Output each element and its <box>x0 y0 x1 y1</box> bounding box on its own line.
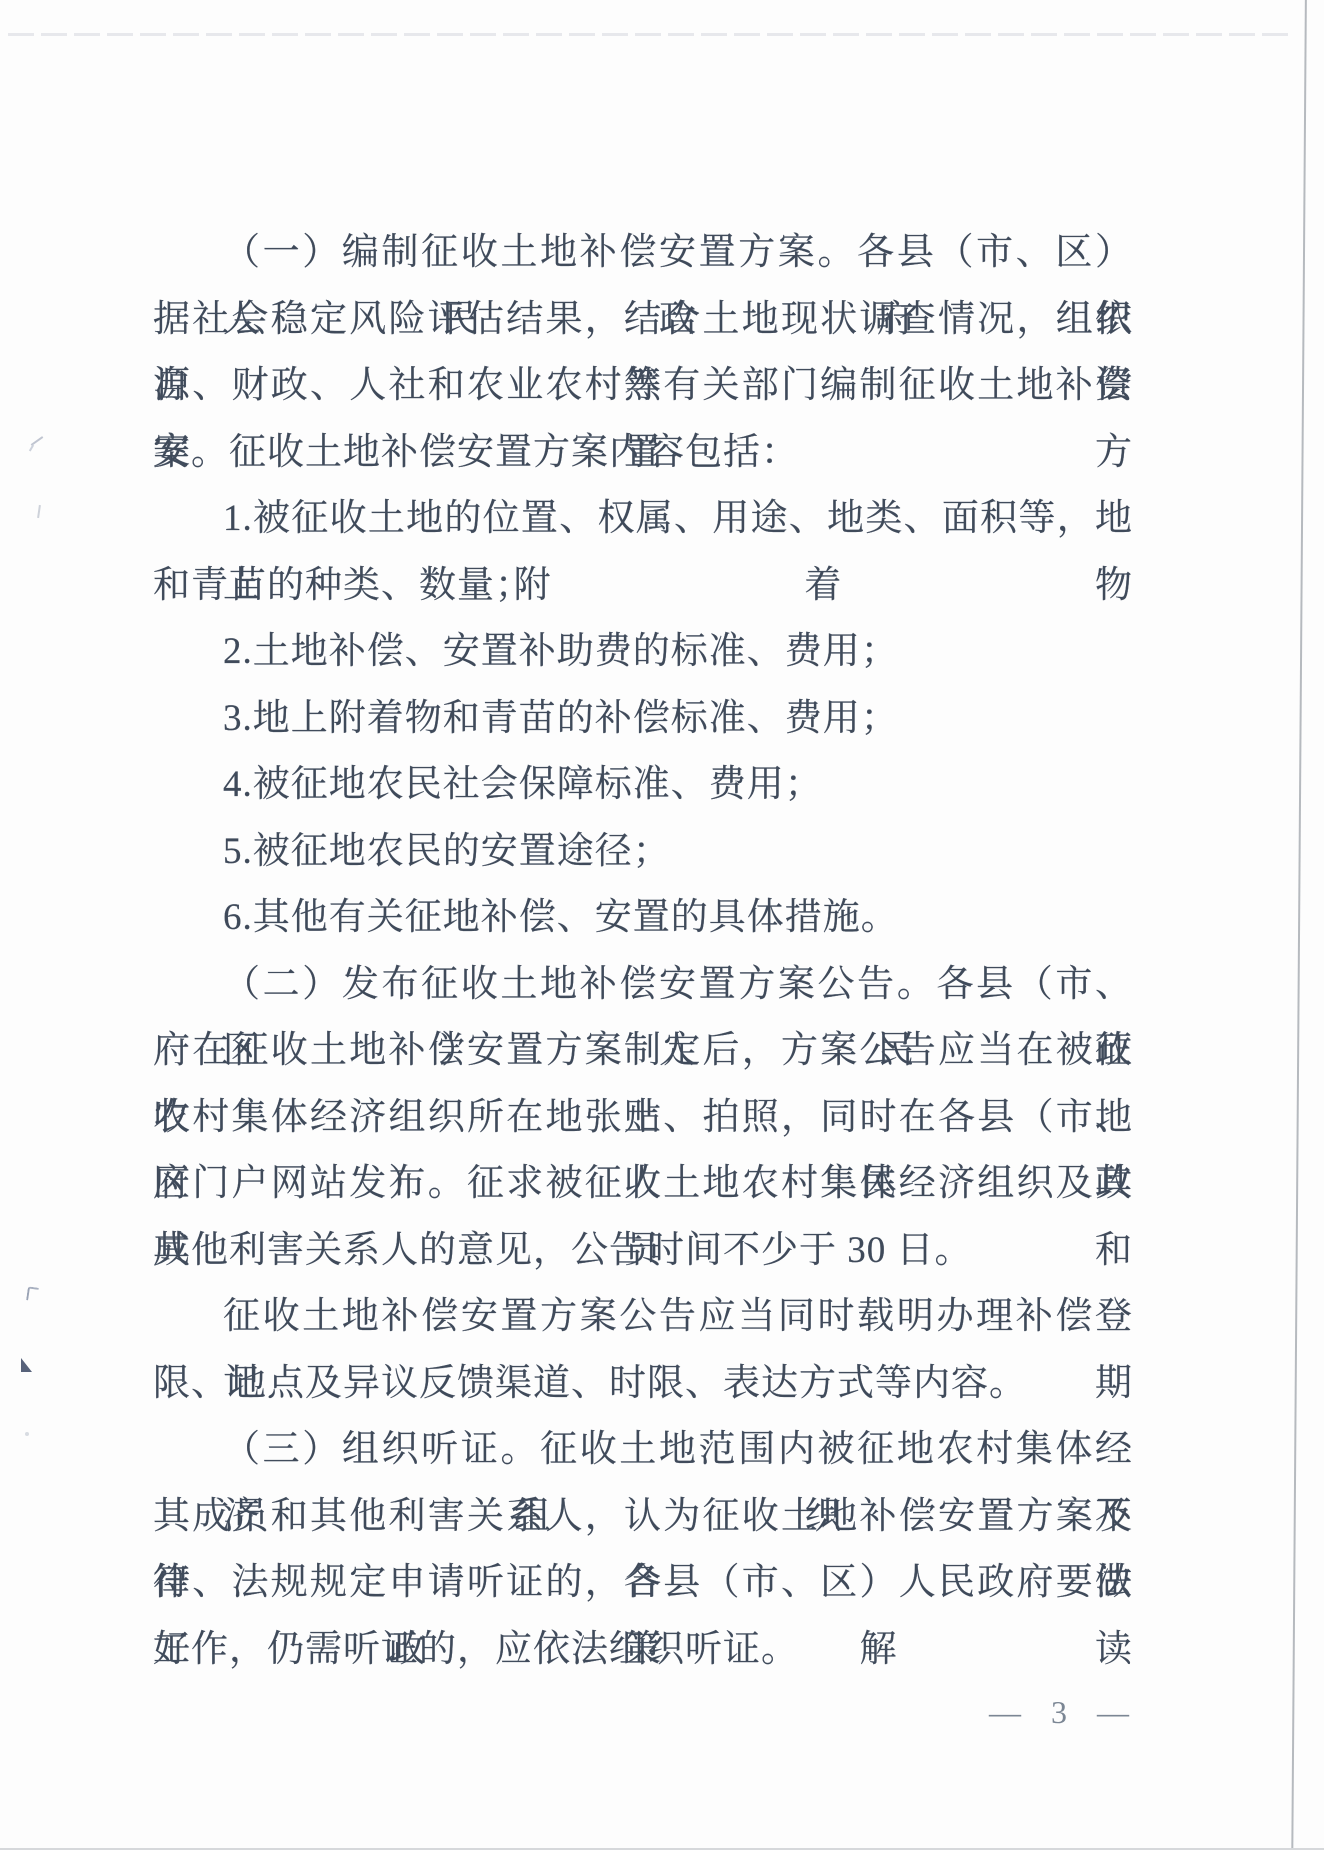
document-line: 3.地上附着物和青苗的补偿标准、费用； <box>153 686 1133 753</box>
document-line: 府门户网站发布。征求被征收土地农村集体经济组织及其成员和 <box>153 1151 1133 1218</box>
paragraph-section-3: （三）组织听证。征收土地范围内被征地农村集体经济组织及 其成员和其他利害关系人，… <box>153 1417 1133 1683</box>
document-line: 农村集体经济组织所在地张贴、拍照，同时在各县（市、区）人民政 <box>153 1085 1133 1152</box>
document-line: 其成员和其他利害关系人，认为征收土地补偿安置方案不符合法 <box>153 1484 1133 1551</box>
list-item-5: 5.被征地农民的安置途径； <box>153 819 1133 886</box>
paragraph-section-1: （一）编制征收土地补偿安置方案。各县（市、区）人民政府依 据社会稳定风险评估结果… <box>153 220 1133 486</box>
list-item-1: 1.被征收土地的位置、权属、用途、地类、面积等，地上附着物 和青苗的种类、数量； <box>153 486 1133 619</box>
document-line: 源、财政、人社和农业农村等有关部门编制征收土地补偿安置方 <box>153 353 1133 420</box>
scan-right-paper-edge <box>1291 0 1307 1872</box>
document-line: 1.被征收土地的位置、权属、用途、地类、面积等，地上附着物 <box>153 486 1133 553</box>
document-line: 6.其他有关征地补偿、安置的具体措施。 <box>153 885 1133 952</box>
document-line: 4.被征地农民社会保障标准、费用； <box>153 752 1133 819</box>
document-line: （一）编制征收土地补偿安置方案。各县（市、区）人民政府依 <box>153 220 1133 287</box>
paragraph-section-2-notice: 征收土地补偿安置方案公告应当同时载明办理补偿登记期 限、地点及异议反馈渠道、时限… <box>153 1284 1133 1417</box>
scan-artifact-mark <box>21 1358 32 1372</box>
document-line: 据社会稳定风险评估结果，结合土地现状调查情况，组织自然资 <box>153 287 1133 354</box>
scan-artifact-mark <box>29 444 34 451</box>
scan-artifact-mark <box>26 1286 39 1301</box>
document-body: （一）编制征收土地补偿安置方案。各县（市、区）人民政府依 据社会稳定风险评估结果… <box>153 220 1133 1683</box>
document-line: （三）组织听证。征收土地范围内被征地农村集体经济组织及 <box>153 1417 1133 1484</box>
document-line: 5.被征地农民的安置途径； <box>153 819 1133 886</box>
scan-artifact-mark <box>37 505 41 518</box>
document-line: 2.土地补偿、安置补助费的标准、费用； <box>153 619 1133 686</box>
list-item-2: 2.土地补偿、安置补助费的标准、费用； <box>153 619 1133 686</box>
paragraph-section-2: （二）发布征收土地补偿安置方案公告。各县（市、区）人民政 府在征收土地补偿安置方… <box>153 952 1133 1285</box>
scan-artifact-mark <box>25 1432 29 1436</box>
scan-below-edge-area <box>0 1850 1324 1872</box>
scan-top-dashed-edge <box>8 33 1294 36</box>
list-item-3: 3.地上附着物和青苗的补偿标准、费用； <box>153 686 1133 753</box>
document-line: （二）发布征收土地补偿安置方案公告。各县（市、区）人民政 <box>153 952 1133 1019</box>
document-line: 府在征收土地补偿安置方案制定后，方案公告应当在被征收土地 <box>153 1018 1133 1085</box>
document-line: 律、法规规定申请听证的，各县（市、区）人民政府要做好政策解读 <box>153 1550 1133 1617</box>
list-item-4: 4.被征地农民社会保障标准、费用； <box>153 752 1133 819</box>
document-line: 征收土地补偿安置方案公告应当同时载明办理补偿登记期 <box>153 1284 1133 1351</box>
list-item-6: 6.其他有关征地补偿、安置的具体措施。 <box>153 885 1133 952</box>
page-number: — 3 — <box>960 1694 1160 1731</box>
document-line: 限、地点及异议反馈渠道、时限、表达方式等内容。 <box>153 1351 1133 1418</box>
